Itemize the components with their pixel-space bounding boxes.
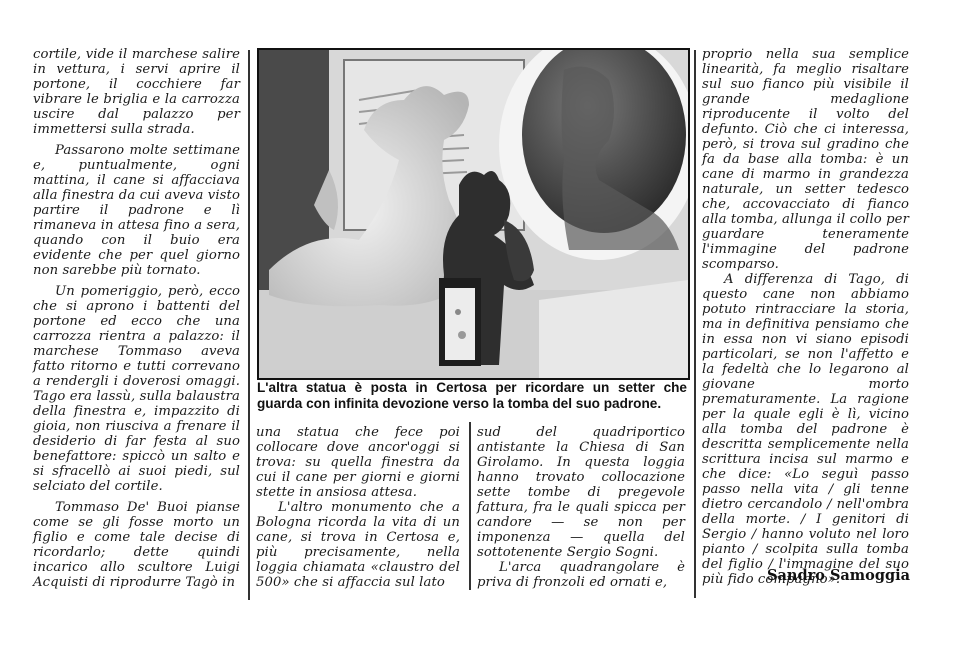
column-1: cortile, vide il marchese salire in vett… [33,47,240,590]
photo-caption: L'altra statua è posta in Certosa per ri… [257,380,687,412]
column-2: una statua che fece poi collocare dove a… [256,425,460,590]
paragraph: A differenza di Tago, di questo cane non… [702,272,909,587]
column-divider [469,422,471,590]
paragraph: sud del quadriportico antistante la Chie… [477,425,685,560]
column-3: sud del quadriportico antistante la Chie… [477,425,685,590]
paragraph: Tommaso De' Buoi pianse come se gli foss… [33,500,240,590]
paragraph: proprio nella sua semplice linearità, fa… [702,47,909,272]
setter-statue-photo-icon [259,50,688,378]
article-photo [257,48,690,380]
author-byline: Sandro Samoggia [760,567,910,584]
paragraph: L'arca quadrangolare è priva di fronzoli… [477,560,685,590]
paragraph: L'altro monumento che a Bologna ricorda … [256,500,460,590]
column-divider [694,50,696,598]
column-divider [248,50,250,600]
paragraph: cortile, vide il marchese salire in vett… [33,47,240,137]
paragraph: Passarono molte settimane e, puntualment… [33,143,240,278]
paragraph: una statua che fece poi collocare dove a… [256,425,460,500]
paragraph: Un pomeriggio, però, ecco che si aprono … [33,284,240,494]
column-4: proprio nella sua semplice linearità, fa… [702,47,909,587]
